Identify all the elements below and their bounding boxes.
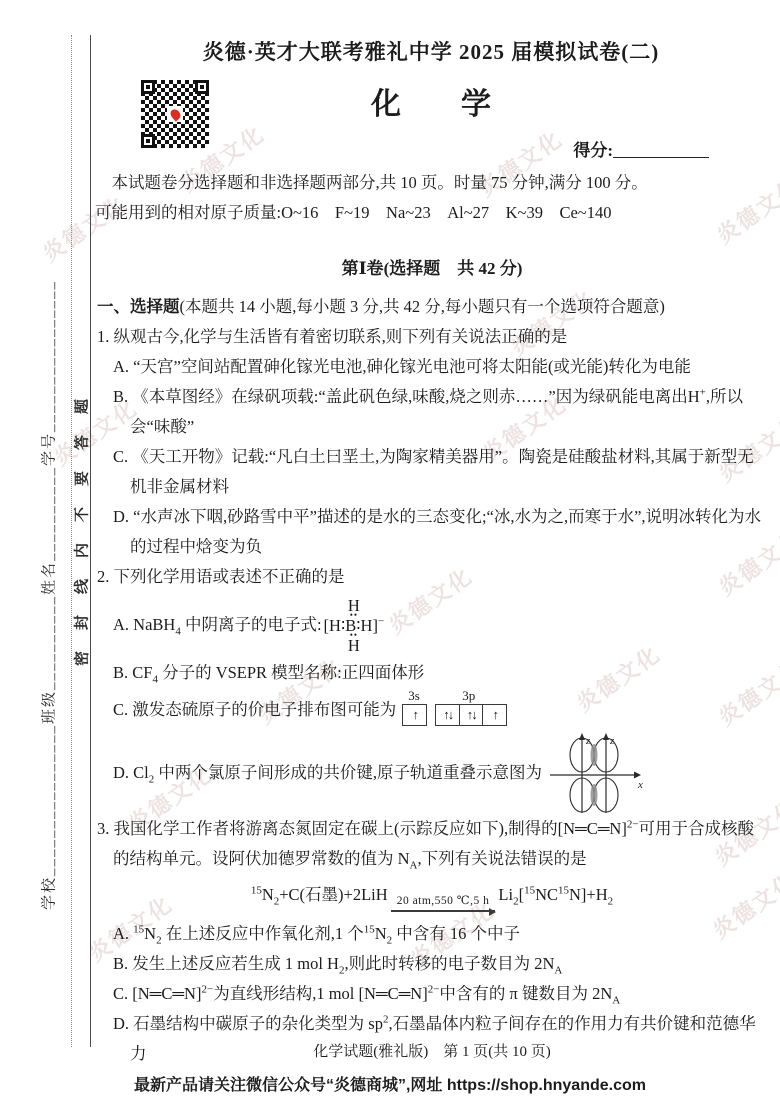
q1-option-d: D. “水声冰下咽,砂路雪中平”描述的是水的三态变化;“冰,水为之,而寒于水”,… bbox=[97, 502, 767, 562]
lewis-bottom-h: H bbox=[324, 639, 385, 652]
flame-icon bbox=[168, 107, 182, 121]
seal-notice-text: 密封线内不要答题 bbox=[71, 378, 92, 666]
exam-paper-page: { "watermark_text": "炎德文化", "sidebar": {… bbox=[0, 0, 780, 1104]
q2-option-c: C. 激发态硫原子的价电子排布图可能为 3s 3p ↑↑↓↑↓↑ bbox=[97, 688, 767, 732]
qr-finder-icon bbox=[195, 80, 209, 94]
q1-option-c: C. 《天工开物》记载:“凡白土曰垩土,为陶家精美器用”。陶瓷是硅酸盐材料,其属… bbox=[97, 442, 767, 502]
section-type-label: 一、选择题 bbox=[97, 297, 180, 316]
z-axis-label: z bbox=[585, 735, 591, 747]
exam-intro: 本试题卷分选择题和非选择题两部分,共 10 页。时量 75 分钟,满分 100 … bbox=[95, 168, 767, 198]
reaction-equation: 15N2+C(石墨)+2LiH20 atm,550 ℃,5 hLi2[15NC1… bbox=[97, 877, 767, 917]
qr-finder-icon bbox=[141, 134, 155, 148]
q3-option-c: C. [N═C═N]2−为直线形结构,1 mol [N═C═N]2−中含有的 π… bbox=[97, 979, 767, 1009]
q3-option-b: B. 发生上述反应若生成 1 mol H2,则此时转移的电子数目为 2NA bbox=[97, 949, 767, 979]
part-number: 第Ⅰ卷 bbox=[342, 259, 384, 278]
exam-title: 炎德·英才大联考雅礼中学 2025 届模拟试卷(二) bbox=[95, 36, 767, 68]
q2-option-a-text: A. NaBH4 中阴离子的电子式: bbox=[113, 610, 322, 640]
promo-footer: 最新产品请关注微信公众号“炎德商城”,网址 https://shop.hnyan… bbox=[0, 1072, 780, 1095]
reaction-conditions: 20 atm,550 ℃,5 h bbox=[391, 894, 496, 912]
score-label: 得分: bbox=[573, 141, 613, 160]
section-type-note: (本题共 14 小题,每小题 3 分,共 42 分,每小题只有一个选项符合题意) bbox=[180, 297, 665, 316]
q2-option-d: D. Cl2 中两个氯原子间形成的共价键,原子轨道重叠示意图为 z z x bbox=[97, 732, 767, 814]
qr-code bbox=[141, 80, 209, 148]
q2-option-b: B. CF4 分子的 VSEPR 模型名称:正四面体形 bbox=[97, 658, 767, 688]
reaction-left: 15N2+C(石墨)+2LiH bbox=[251, 885, 388, 904]
qr-finder-icon bbox=[141, 80, 155, 94]
orbital-3s-label: 3s bbox=[408, 687, 420, 704]
orbital-diagram: 3s 3p ↑↑↓↑↓↑ bbox=[402, 687, 507, 734]
q1-stem: 1. 纵观古今,化学与生活皆有着密切联系,则下列有关说法正确的是 bbox=[97, 322, 767, 352]
z-axis-label: z bbox=[609, 735, 615, 747]
x-axis-label: x bbox=[637, 779, 643, 791]
q2-stem: 2. 下列化学用语或表述不正确的是 bbox=[97, 562, 767, 592]
orbital-box: ↑ bbox=[402, 704, 427, 726]
q2-option-c-text: C. 激发态硫原子的价电子排布图可能为 bbox=[113, 695, 396, 725]
orbital-labels: 3s 3p bbox=[402, 687, 507, 704]
q1-option-a: A. “天宫”空间站配置砷化镓光电池,砷化镓光电池可将太阳能(或光能)转化为电能 bbox=[97, 352, 767, 382]
orbital-overlap-diagram: z z x bbox=[546, 731, 646, 815]
orbital-3p-label: 3p bbox=[462, 687, 475, 704]
part-title: 第Ⅰ卷(选择题 共 42 分) bbox=[97, 254, 767, 284]
orbital-box: ↑ bbox=[482, 704, 507, 726]
atomic-mass-note: 可能用到的相对原子质量:O~16 F~19 Na~23 Al~27 K~39 C… bbox=[95, 198, 767, 228]
qr-logo bbox=[167, 106, 183, 122]
main-content: 第Ⅰ卷(选择题 共 42 分) 一、选择题(本题共 14 小题,每小题 3 分,… bbox=[97, 254, 767, 1069]
reaction-arrow: 20 atm,550 ℃,5 h bbox=[391, 894, 496, 912]
q3-option-a: A. 15N2 在上述反应中作氧化剂,1 个15N2 中含有 16 个中子 bbox=[97, 919, 767, 949]
lewis-structure: H •• [H∶B∶H]− •• H bbox=[324, 599, 385, 652]
q2-option-a: A. NaBH4 中阴离子的电子式: H •• [H∶B∶H]− •• H bbox=[97, 592, 767, 658]
reaction-right: Li2[15NC15N]+H2 bbox=[498, 885, 613, 904]
student-info-fields: 学校________________班级__________姓名________… bbox=[38, 280, 59, 910]
section-heading: 一、选择题(本题共 14 小题,每小题 3 分,共 42 分,每小题只有一个选项… bbox=[97, 292, 767, 322]
orbital-boxes: ↑↑↓↑↓↑ bbox=[402, 704, 507, 734]
part-note: (选择题 共 42 分) bbox=[384, 259, 523, 278]
q3-stem: 3. 我国化学工作者将游离态氮固定在碳上(示踪反应如下),制得的[N═C═N]2… bbox=[97, 814, 767, 874]
q1-option-b: B. 《本草图经》在绿矾项载:“盖此矾色绿,味酸,烧之则赤……”因为绿矾能电离出… bbox=[97, 382, 767, 442]
score-blank-line bbox=[613, 143, 709, 158]
q2-option-d-text: D. Cl2 中两个氯原子间形成的共价键,原子轨道重叠示意图为 bbox=[113, 758, 542, 788]
orbital-box: ↑↓ bbox=[459, 704, 484, 726]
orbital-box: ↑↓ bbox=[435, 704, 460, 726]
header: 炎德·英才大联考雅礼中学 2025 届模拟试卷(二) 化 学 得分: 本试题卷分… bbox=[95, 36, 767, 228]
page-footer: 化学试题(雅礼版) 第 1 页(共 10 页) bbox=[97, 1040, 767, 1061]
